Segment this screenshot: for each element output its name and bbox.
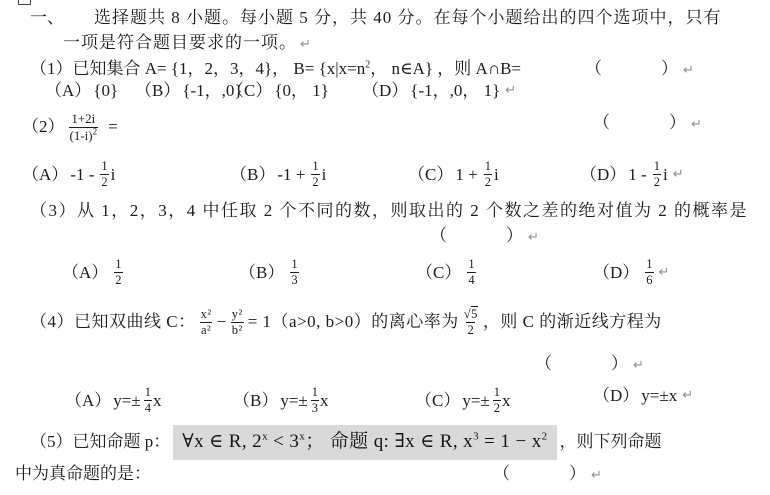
- num: 1: [467, 257, 475, 272]
- option-label: （D）: [580, 164, 626, 186]
- q5-stem-suffix: ，则下列命题: [560, 431, 662, 453]
- option-text: {0}: [93, 80, 118, 102]
- formula-text: ； 命题 q: ∃x ∈ R, x: [305, 431, 473, 452]
- option-label: （C）: [415, 390, 460, 412]
- q3-option-b: （B） 13: [239, 257, 301, 288]
- option-post: x: [320, 390, 329, 412]
- option-fraction: 12: [114, 257, 122, 288]
- q4-stem-prefix: （4）已知双曲线 C：: [30, 311, 196, 333]
- option-fraction: 12: [100, 159, 108, 190]
- q5-stem-prefix: （5）已知命题 p：: [30, 431, 170, 453]
- option-fraction: 13: [290, 257, 298, 288]
- paragraph-mark: ↵: [633, 358, 646, 373]
- den: a²: [200, 322, 212, 338]
- num: x²: [200, 307, 213, 322]
- q5-stem-line1: （5）已知命题 p： ∀x ∈ R, 2x < 3x； 命题 q: ∃x ∈ R…: [30, 423, 662, 461]
- paragraph-mark: ↵: [691, 117, 704, 132]
- q5-highlighted-formula: ∀x ∈ R, 2x < 3x； 命题 q: ∃x ∈ R, x3 = 1 − …: [173, 425, 556, 460]
- option-label: （A）: [62, 262, 108, 284]
- q1-answer-bracket: （ ）↵: [585, 58, 696, 82]
- option-label: （D）: [593, 385, 639, 407]
- bracket-text: （ ）: [493, 464, 588, 483]
- option-fraction: 14: [467, 257, 475, 288]
- section-title-cont: 一项是符合题目要求的一项。: [63, 33, 297, 52]
- q4-option-c: （C）y=± 12 x: [415, 385, 513, 416]
- option-pre: 1 +: [455, 164, 477, 186]
- option-label: （A）: [22, 164, 68, 186]
- num: 1: [311, 159, 319, 174]
- q2-number: （2）: [22, 116, 65, 138]
- option-post: i: [322, 164, 327, 186]
- formula-text: = 1 − x: [479, 431, 542, 452]
- den: 3: [311, 400, 319, 416]
- q4-fraction-y: y²b²: [231, 307, 244, 338]
- den: 6: [645, 272, 653, 288]
- q1-option-a: （A）{0}: [45, 80, 120, 102]
- q2-stem: （2） 1+2i (1-i)2 =: [22, 104, 118, 150]
- den-base: (1-i): [70, 128, 93, 143]
- q3-option-d: （D） 16 ↵: [593, 257, 671, 288]
- q4-option-b: （B）y=± 13 x: [233, 385, 331, 416]
- option-label: （A）: [65, 390, 111, 412]
- fraction-numerator: 1+2i: [70, 111, 96, 127]
- document-page: 一、选择题共 8 小题。每小题 5 分，共 40 分。在每个小题给出的四个选项中…: [0, 0, 770, 495]
- q3-stem: （3）从 1，2，3，4 中任取 2 个不同的数，则取出的 2 个数之差的绝对值…: [30, 200, 748, 222]
- q1-stem-text2: ， n∈A} ，则 A∩B=: [370, 59, 521, 78]
- paragraph-mark: ↵: [659, 262, 670, 284]
- q3-answer-bracket: （ ）↵: [430, 225, 541, 249]
- formula-exponent: 2: [542, 430, 548, 442]
- option-post: i: [663, 164, 668, 186]
- q3-options-row: （A） 12 （B） 13 （C） 14 （D） 16 ↵: [0, 253, 770, 295]
- q5-line2-text: 中为真命题的是：: [15, 464, 151, 483]
- q4-fraction-sqrt5-over-2: √5 2: [463, 307, 479, 338]
- q2-options-row: （A）-1 - 12 i （B）-1 + 12 i （C）1 + 12 i （D…: [0, 157, 770, 195]
- den: 3: [290, 272, 298, 288]
- paragraph-mark: ↵: [591, 468, 604, 483]
- q4-option-a: （A）y=± 14 x: [65, 385, 163, 416]
- num: 1: [484, 159, 492, 174]
- bracket-text: （ ）: [535, 354, 630, 373]
- q3-option-c: （C） 14: [416, 257, 478, 288]
- option-post: x: [502, 390, 511, 412]
- den: 4: [144, 400, 152, 416]
- option-pre: 1 -: [628, 164, 646, 186]
- option-label: （B）: [135, 80, 180, 102]
- option-fraction: 12: [493, 385, 501, 416]
- option-fraction: 14: [144, 385, 152, 416]
- q2-option-c: （C）1 + 12 i: [408, 159, 501, 190]
- option-label: （D）: [593, 262, 639, 284]
- q3-option-a: （A） 12: [62, 257, 125, 288]
- paragraph-mark: ↵: [673, 164, 684, 186]
- paragraph-mark: ↵: [528, 230, 541, 245]
- den: 4: [467, 272, 475, 288]
- equals-sign: =: [108, 116, 118, 138]
- option-pre: y=±: [462, 390, 489, 412]
- bracket-text: （ ）: [430, 226, 525, 245]
- option-label: （A）: [45, 80, 91, 102]
- option-label: （D）: [362, 80, 408, 102]
- paragraph-mark: ↵: [683, 63, 696, 78]
- q4-fraction-x: x²a²: [200, 307, 213, 338]
- den: 2: [653, 174, 661, 190]
- option-fraction: 16: [645, 257, 653, 288]
- option-pre: -1 -: [70, 164, 94, 186]
- num: 1: [311, 385, 319, 400]
- q4-option-d: （D）y=±x↵: [593, 385, 695, 407]
- section-title: 选择题共 8 小题。每小题 5 分，共 40 分。在每个小题给出的四个选项中，只…: [94, 8, 722, 27]
- option-pre: -1 +: [277, 164, 305, 186]
- option-post: x: [153, 390, 162, 412]
- q4-answer-bracket: （ ）↵: [535, 353, 646, 377]
- option-label: （B）: [230, 164, 275, 186]
- option-fraction: 12: [653, 159, 661, 190]
- bracket-text: （ ）: [593, 113, 688, 132]
- num: 1: [653, 159, 661, 174]
- paragraph-mark: ↵: [682, 385, 693, 407]
- num: √5: [463, 307, 479, 322]
- q2-answer-bracket: （ ）↵: [593, 112, 704, 136]
- option-pre: y=±: [113, 390, 140, 412]
- q2-option-d: （D）1 - 12 i↵: [580, 159, 686, 190]
- section-number: 一、: [30, 8, 64, 27]
- num: 1: [144, 385, 152, 400]
- q5-stem-line2: 中为真命题的是：: [15, 463, 151, 485]
- option-label: （B）: [233, 390, 278, 412]
- q2-option-b: （B）-1 + 12 i: [230, 159, 328, 190]
- section-header-line2: 一项是符合题目要求的一项。↵: [63, 32, 311, 56]
- formula-text: ∀x ∈ R, 2: [182, 431, 262, 452]
- num: y²: [231, 307, 244, 322]
- option-fraction: 12: [484, 159, 492, 190]
- option-post: i: [111, 164, 116, 186]
- option-text: {-1，,0， 1}: [410, 80, 500, 102]
- paragraph-mark: ↵: [505, 80, 516, 102]
- q1-option-c: （C）{0， 1}: [227, 80, 331, 102]
- q5-answer-bracket: （ ）↵: [493, 463, 604, 487]
- q1-option-d: （D）{-1，,0， 1}↵: [362, 80, 518, 102]
- formula-text: < 3: [268, 431, 299, 452]
- option-label: （B）: [239, 262, 284, 284]
- option-fraction: 12: [311, 159, 319, 190]
- q1-options-row: （A）{0} （B）{-1，,0} （C）{0， 1} （D）{-1，,0， 1…: [0, 80, 770, 104]
- num: 1: [114, 257, 122, 272]
- q1-stem: （1）已知集合 A= {1，2，3，4}， B= {x|x=n2， n∈A} ，…: [30, 58, 521, 80]
- num: 1: [493, 385, 501, 400]
- radicand: 5: [471, 306, 478, 321]
- option-post: i: [494, 164, 499, 186]
- q4-stem-mid: = 1（a>0, b>0）的离心率为: [248, 311, 459, 333]
- num: 1: [645, 257, 653, 272]
- q2-option-a: （A）-1 - 12 i: [22, 159, 117, 190]
- num: 1: [290, 257, 298, 272]
- fraction-denominator: (1-i)2: [69, 127, 99, 144]
- den: 2: [114, 272, 122, 288]
- option-text: y=±x: [641, 385, 677, 407]
- paragraph-mark: ↵: [300, 37, 311, 52]
- q2-fraction: 1+2i (1-i)2: [69, 111, 99, 143]
- minus-sign: −: [217, 311, 227, 333]
- den: 2: [493, 400, 501, 416]
- bracket-text: （ ）: [585, 59, 680, 78]
- den-exponent: 2: [93, 126, 98, 136]
- den: 2: [311, 174, 319, 190]
- option-label: （C）: [227, 80, 272, 102]
- option-text: {0， 1}: [274, 80, 329, 102]
- den: b²: [231, 322, 244, 338]
- option-fraction: 13: [311, 385, 319, 416]
- den: 2: [466, 322, 475, 338]
- option-pre: y=±: [280, 390, 307, 412]
- den: 2: [100, 174, 108, 190]
- q4-options-row: （A）y=± 14 x （B）y=± 13 x （C）y=± 12 x （D）y…: [0, 382, 770, 422]
- num: 1: [100, 159, 108, 174]
- option-label: （C）: [408, 164, 453, 186]
- q1-stem-text: （1）已知集合 A= {1，2，3，4}， B= {x|x=n: [30, 59, 365, 78]
- den: 2: [484, 174, 492, 190]
- q4-stem: （4）已知双曲线 C： x²a² − y²b² = 1（a>0, b>0）的离心…: [30, 298, 662, 346]
- section-header-line1: 一、选择题共 8 小题。每小题 5 分，共 40 分。在每个小题给出的四个选项中…: [30, 7, 722, 29]
- q3-stem-text: （3）从 1，2，3，4 中任取 2 个不同的数，则取出的 2 个数之差的绝对值…: [30, 201, 748, 220]
- q4-stem-suffix: ，则 C 的渐近线方程为: [483, 311, 662, 333]
- option-label: （C）: [416, 262, 461, 284]
- page-corner-artifact: [18, 0, 31, 5]
